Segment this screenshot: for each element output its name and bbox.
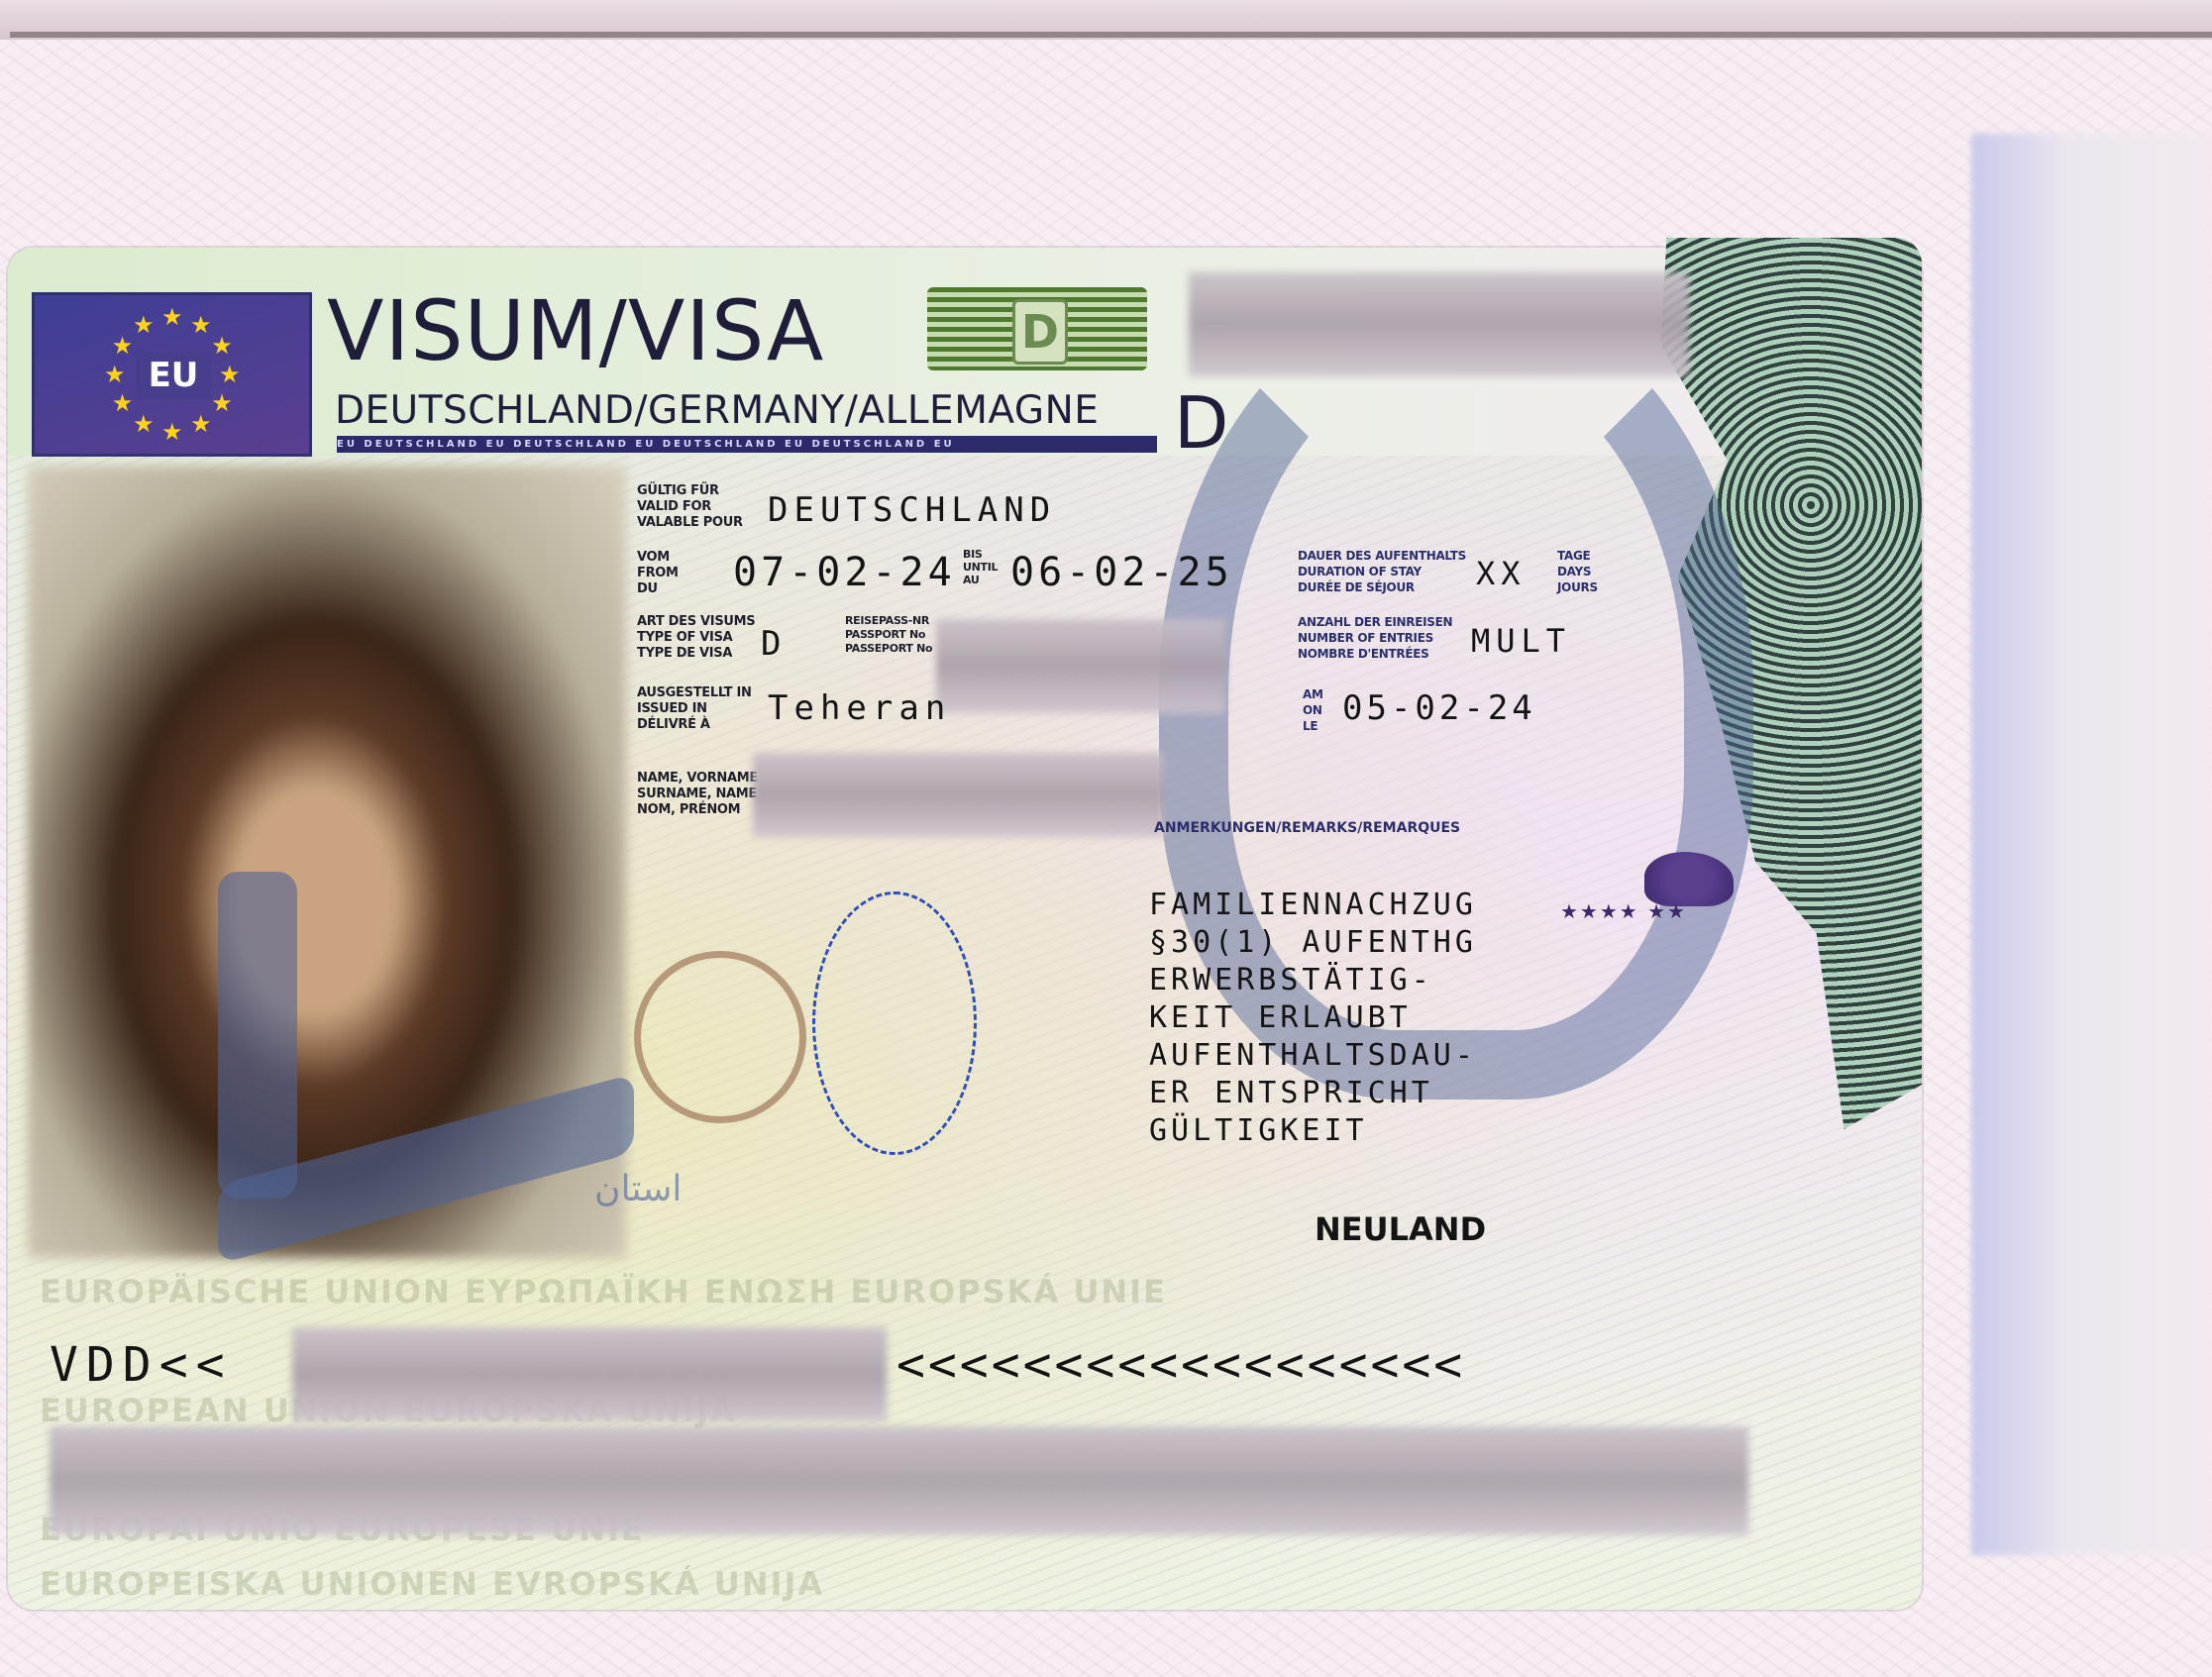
micro-text-strip: EU DEUTSCHLAND EU DEUTSCHLAND EU DEUTSCH… xyxy=(337,436,1157,453)
label-duration-unit: TAGEDAYSJOURS xyxy=(1557,548,1598,595)
eu-star-icon: ★ xyxy=(112,334,134,358)
issuer-signature: NEULAND xyxy=(1315,1210,1486,1248)
passport-page-top-edge xyxy=(0,0,2212,40)
value-valid-for: DEUTSCHLAND xyxy=(768,490,1056,530)
background-band-1: EUROPÄISCHE UNION ΕΥΡΩΠΑΪΚΗ ΕΝΩΣΗ EUROPS… xyxy=(40,1273,1167,1310)
eu-star-icon: ★ xyxy=(112,391,134,415)
background-band-4: EUROPEISKA UNIONEN EVROPSKÁ UNIJA xyxy=(40,1565,824,1603)
eu-star-icon: ★ xyxy=(133,313,155,337)
eu-star-icon: ★ xyxy=(104,363,126,386)
mrz-fillers: <<<<<<<<<<<<<<<<<< xyxy=(896,1337,1465,1393)
mrz-prefix: VDD<< xyxy=(50,1337,233,1393)
eu-star-icon: ★ xyxy=(219,363,241,386)
redacted-mrz-line-2 xyxy=(50,1426,1748,1535)
label-type-of-visa: ART DES VISUMSTYPE OF VISATYPE DE VISA xyxy=(637,614,755,662)
watermark-text: استان xyxy=(594,1169,682,1209)
value-until: 06-02-25 xyxy=(1010,550,1233,595)
consular-seal-icon xyxy=(634,951,806,1123)
eu-star-icon: ★ xyxy=(211,334,233,358)
remarks-text: FAMILIENNACHZUG §30(1) AUFENTHG ERWERBST… xyxy=(1149,887,1477,1150)
label-name: NAME, VORNAMESURNAME, NAMENOM, PRÉNOM xyxy=(637,771,758,818)
redacted-holder-name xyxy=(753,753,1164,837)
label-from: VOMFROMDU xyxy=(637,550,679,597)
label-duration: DAUER DES AUFENTHALTSDURATION OF STAYDUR… xyxy=(1298,548,1466,595)
value-duration: XX xyxy=(1476,555,1527,592)
visa-title: VISUM/VISA xyxy=(327,282,824,379)
watermark-letter-icon xyxy=(218,872,297,1199)
value-from: 07-02-24 xyxy=(733,550,956,595)
label-passport-no: REISEPASS-NRPASSPORT NoPASSEPORT No xyxy=(845,614,932,656)
emblem-letter: D xyxy=(1012,299,1068,365)
issuing-country: DEUTSCHLAND/GERMANY/ALLEMAGNE xyxy=(335,388,1099,433)
redacted-side-panel xyxy=(1971,134,2212,1555)
eu-star-icon: ★ xyxy=(190,412,212,436)
eu-star-icon: ★ xyxy=(161,305,183,329)
remarks-label: ANMERKUNGEN/REMARKS/REMARQUES xyxy=(1154,820,1460,836)
redacted-passport-number xyxy=(936,619,1225,713)
eu-star-icon: ★ xyxy=(161,420,183,444)
label-until: BISUNTILAU xyxy=(963,548,998,586)
value-issued-on: 05-02-24 xyxy=(1342,688,1536,728)
value-entries: MULT xyxy=(1471,622,1571,660)
value-type-of-visa: D xyxy=(761,624,787,664)
label-valid-for: GÜLTIG FÜRVALID FORVALABLE POUR xyxy=(637,483,743,531)
eu-star-icon: ★ xyxy=(133,412,155,436)
security-rosette-icon xyxy=(812,891,977,1155)
stars-icon: ★★★★ ★★ xyxy=(1560,899,1687,923)
eu-star-icon: ★ xyxy=(190,313,212,337)
label-entries: ANZAHL DER EINREISENNUMBER OF ENTRIESNOM… xyxy=(1298,614,1452,662)
label-issued-in: AUSGESTELLT INISSUED INDÉLIVRÉ À xyxy=(637,685,752,733)
eu-badge: EU xyxy=(136,352,211,399)
redacted-mrz-name xyxy=(292,1327,887,1421)
value-issued-in: Teheran xyxy=(768,688,951,728)
eu-star-icon: ★ xyxy=(211,391,233,415)
label-issued-on: AMONLE xyxy=(1303,686,1323,734)
